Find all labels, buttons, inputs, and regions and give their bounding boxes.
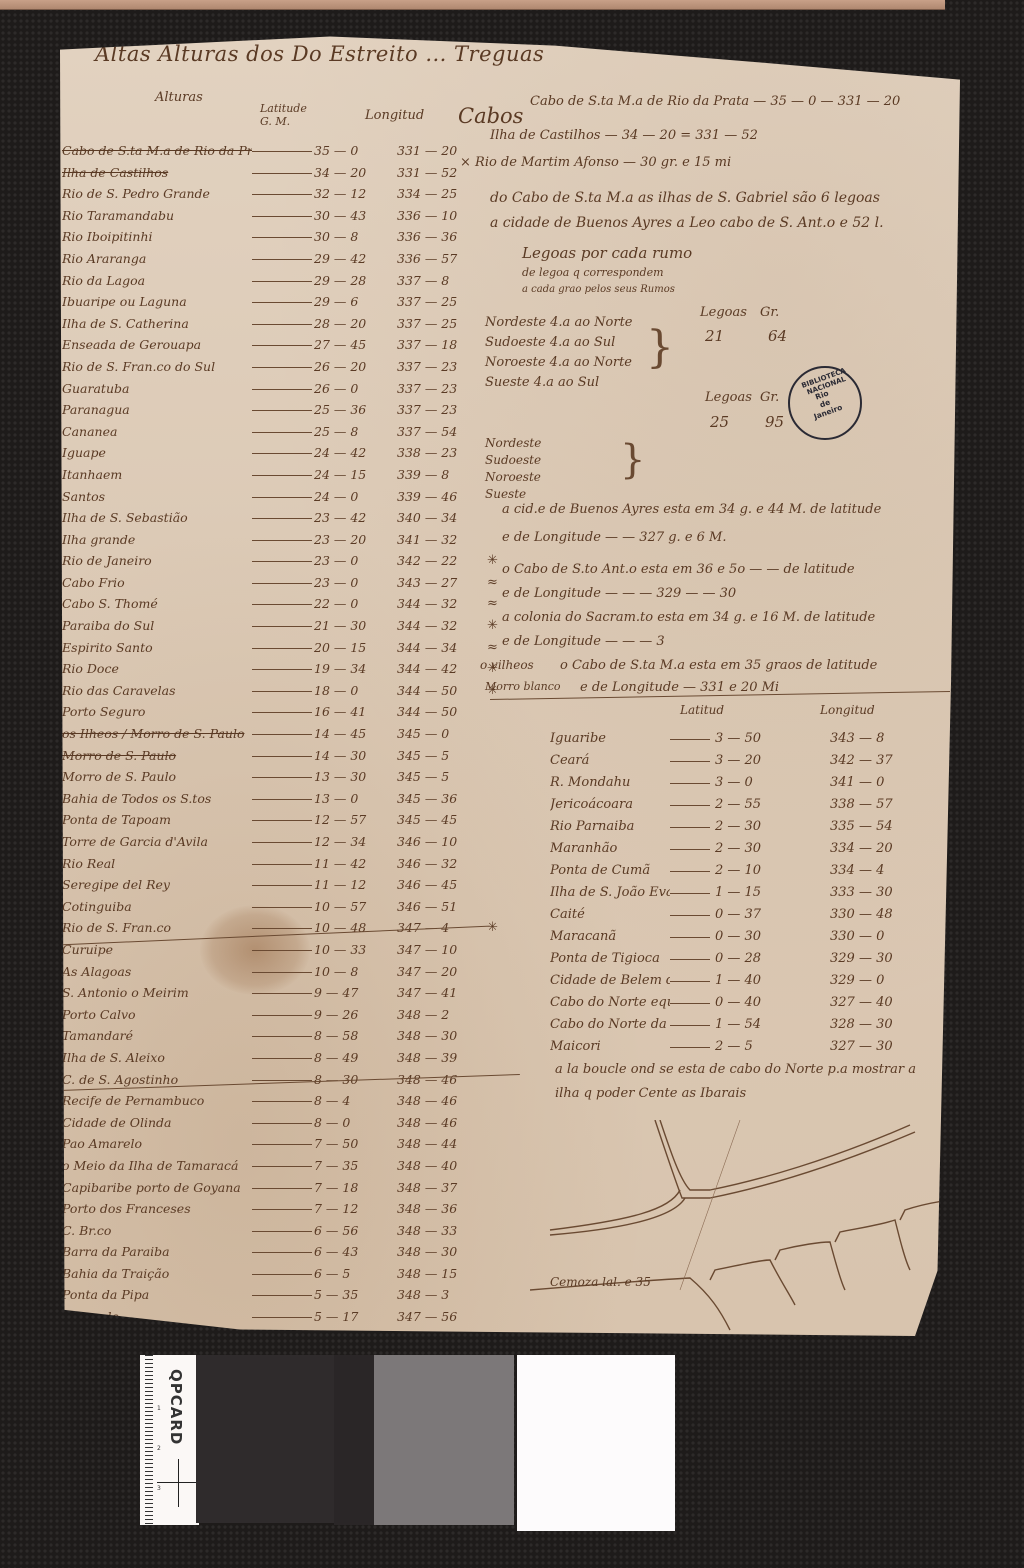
latitude-value: 10 — 57 — [314, 896, 394, 918]
table-row: Porto Calvo9 — 26348 — 2 — [62, 1004, 502, 1026]
latitude-value: 5 — 35 — [314, 1284, 394, 1306]
leader-line — [670, 959, 710, 960]
place-name: Barra da Paraiba — [62, 1241, 252, 1263]
leader-line — [252, 259, 312, 260]
place-name: Rio Iboipitinhi — [62, 226, 252, 248]
latitude-value: 18 — 0 — [314, 680, 394, 702]
coastline-sketch — [530, 1120, 950, 1360]
table-row: Caité0 — 37330 — 48 — [550, 904, 930, 926]
table-row: Itanhaem24 — 15339 — 8 — [62, 464, 502, 486]
longitude-value: 347 — 41 — [397, 982, 487, 1004]
brace: } — [646, 313, 674, 383]
place-name: Caité — [550, 904, 670, 926]
longitude-value: 337 — 25 — [397, 291, 487, 313]
latitude-value: 6 — 5 — [314, 1263, 394, 1285]
table-row: Ilha de S. Aleixo8 — 49348 — 39 — [62, 1047, 502, 1069]
table-row: Rio Taramandabu30 — 43336 — 10 — [62, 205, 502, 227]
latitude-value: 2 — 30 — [715, 816, 825, 838]
place-name: Rio Araranga — [62, 248, 252, 270]
leader-line — [252, 151, 312, 152]
longitude-value: 346 — 32 — [397, 853, 487, 875]
table-row: Paraiba do Sul21 — 30344 — 32✳ — [62, 615, 502, 637]
table-row: Capibaribe porto de Goyana7 — 18348 — 37 — [62, 1177, 502, 1199]
table-row: Ponta da Pipa5 — 35348 — 3 — [62, 1284, 502, 1306]
leader-line — [252, 842, 312, 843]
ruler-number: 2 — [157, 1445, 161, 1452]
latitude-value: 14 — 30 — [314, 745, 394, 767]
table-row: Rio gr.de5 — 17347 — 56 — [62, 1306, 502, 1328]
longitude-value: 335 — 54 — [830, 816, 930, 838]
leader-line — [252, 864, 312, 865]
longitude-value: 347 — 10 — [397, 939, 487, 961]
place-name: Ponta de Tapoam — [62, 809, 252, 831]
note-line: a cidade de Buenos Ayres a Leo cabo de S… — [490, 215, 884, 231]
longitude-value: 348 — 46 — [397, 1069, 487, 1091]
paragraph-line: o Cabo de S.ta M.a esta em 35 graos de l… — [560, 658, 877, 673]
leader-line — [252, 583, 312, 584]
leader-line — [670, 805, 710, 806]
place-name: Santos — [62, 486, 252, 508]
place-name: Porto dos Franceses — [62, 1198, 252, 1220]
directions-group-2: Nordeste Sudoeste Noroeste Sueste — [485, 435, 541, 503]
table-row: Iguaribe3 — 50343 — 8 — [550, 728, 930, 750]
latitude-value: 10 — 33 — [314, 939, 394, 961]
place-name: Cananea — [62, 421, 252, 443]
latitude-value: 7 — 12 — [314, 1198, 394, 1220]
latitude-value: 10 — 48 — [314, 917, 394, 939]
white-patch — [517, 1355, 675, 1531]
place-name: Rio Real — [62, 853, 252, 875]
latitude-value: 2 — 10 — [715, 860, 825, 882]
latitude-value: 5 — 17 — [314, 1306, 394, 1328]
table-row: Guaratuba26 — 0337 — 23 — [62, 378, 502, 400]
leader-line — [252, 734, 312, 735]
longitude-value: 346 — 51 — [397, 896, 487, 918]
table-row: Rio Real11 — 42346 — 32 — [62, 853, 502, 875]
table-row: Morro de S. Paulo13 — 30345 — 5 — [62, 766, 502, 788]
latitude-value: 28 — 20 — [314, 313, 394, 335]
latitude-value: 8 — 4 — [314, 1090, 394, 1112]
place-name: Cidade de Olinda — [62, 1112, 252, 1134]
table-row: Cotinguiba10 — 57346 — 51 — [62, 896, 502, 918]
latitude-value: 25 — 8 — [314, 421, 394, 443]
latitude-value: 16 — 41 — [314, 701, 394, 723]
latitude-value: 22 — 0 — [314, 593, 394, 615]
place-name: o Meio da Ilha de Tamaracá — [62, 1155, 252, 1177]
crosshair-icon — [157, 1482, 197, 1483]
leader-line — [252, 1123, 312, 1124]
latitude-value: 9 — 26 — [314, 1004, 394, 1026]
direction-label: Nordeste 4.a ao Norte — [485, 313, 632, 333]
footnote: a la boucle ond se esta de cabo do Norte… — [555, 1058, 935, 1106]
leader-line — [670, 827, 710, 828]
leader-line — [252, 302, 312, 303]
table-row: Jericoácoara2 — 55338 — 57 — [550, 794, 930, 816]
longitude-value: 343 — 27 — [397, 572, 487, 594]
table-row: Maracanã0 — 30330 — 0 — [550, 926, 930, 948]
latitude-value: 25 — 36 — [314, 399, 394, 421]
latitude-value: 19 — 34 — [314, 658, 394, 680]
place-name: Maracanã — [550, 926, 670, 948]
longitude-value: 343 — 8 — [830, 728, 930, 750]
place-name: Jericoácoara — [550, 794, 670, 816]
table-row: Cabo Frio23 — 0343 — 27≈ — [62, 572, 502, 594]
leader-line — [252, 712, 312, 713]
leader-line — [252, 1252, 312, 1253]
longitude-value: 341 — 32 — [397, 529, 487, 551]
leader-line — [252, 691, 312, 692]
table-row: Cananea25 — 8337 — 54 — [62, 421, 502, 443]
table-row: Recife de Pernambuco8 — 4348 — 46 — [62, 1090, 502, 1112]
table-row: Ilha de S. Catherina28 — 20337 — 25 — [62, 313, 502, 335]
col-header-latitude: Latitud — [680, 703, 724, 717]
place-name: Tamandaré — [62, 1025, 252, 1047]
longitude-value: 348 — 44 — [397, 1133, 487, 1155]
place-name: Iguaribe — [550, 728, 670, 750]
note-line: Cabo de S.ta M.a de Rio da Prata — 35 — … — [530, 94, 900, 109]
direction-label: Sudoeste — [485, 452, 541, 469]
table-row: Rio Iboipitinhi30 — 8336 — 36 — [62, 226, 502, 248]
table-row: Bahia de Todos os S.tos13 — 0345 — 36 — [62, 788, 502, 810]
table-row: Torre de Garcia d'Avila12 — 34346 — 10 — [62, 831, 502, 853]
latitude-value: 24 — 15 — [314, 464, 394, 486]
leader-line — [670, 981, 710, 982]
leader-line — [252, 367, 312, 368]
place-name: Maranhão — [550, 838, 670, 860]
place-name: Porto Calvo — [62, 1004, 252, 1026]
place-name: Rio gr.de — [62, 1306, 252, 1328]
table-row: Rio das Caravelas18 — 0344 — 50✳ — [62, 680, 502, 702]
graos-value: 95 — [765, 413, 784, 431]
longitude-value: 334 — 25 — [397, 183, 487, 205]
table-row: Cabo do Norte equinocial0 — 40327 — 40 — [550, 992, 930, 1014]
longitude-value: 337 — 25 — [397, 313, 487, 335]
table-row: Ibuaripe ou Laguna29 — 6337 — 25 — [62, 291, 502, 313]
library-stamp: BIBLIOTECA NACIONAL Rio de Janeiro — [788, 366, 862, 440]
place-name: Ibuaripe ou Laguna — [62, 291, 252, 313]
place-name: Paranagua — [62, 399, 252, 421]
leader-line — [252, 885, 312, 886]
leader-line — [670, 739, 710, 740]
table-row: C. Br.co6 — 56348 — 33 — [62, 1220, 502, 1242]
paragraph-line: o Cabo de S.to Ant.o esta em 36 e 5o — —… — [502, 562, 855, 577]
latitude-value: 0 — 37 — [715, 904, 825, 926]
table-row: Ponta de Cumã2 — 10334 — 4 — [550, 860, 930, 882]
longitude-value: 341 — 0 — [830, 772, 930, 794]
place-name: Espirito Santo — [62, 637, 252, 659]
latitude-value: 23 — 42 — [314, 507, 394, 529]
table-row: Santos24 — 0339 — 46 — [62, 486, 502, 508]
latitude-value: 8 — 0 — [314, 1112, 394, 1134]
place-name: Ponta de Tigioca — [550, 948, 670, 970]
table-row: o Meio da Ilha de Tamaracá7 — 35348 — 40 — [62, 1155, 502, 1177]
longitude-value: 348 — 39 — [397, 1047, 487, 1069]
longitude-value: 344 — 34 — [397, 637, 487, 659]
leader-line — [670, 915, 710, 916]
table-row: Cabo do Norte da Guiana1 — 54328 — 30 — [550, 1014, 930, 1036]
table-row: Rio de Janeiro23 — 0342 — 22✳ — [62, 550, 502, 572]
col-header-longitude: Longitud — [365, 108, 424, 123]
graos-value: 64 — [768, 327, 787, 345]
latitude-value: 2 — 30 — [715, 838, 825, 860]
leader-line — [252, 345, 312, 346]
latitude-value: 24 — 42 — [314, 442, 394, 464]
latitude-value: 1 — 54 — [715, 1014, 825, 1036]
color-calibration-card: QPCARD 1 2 3 — [140, 1355, 728, 1533]
longitude-value: 344 — 50 — [397, 701, 487, 723]
latitude-value: 3 — 20 — [715, 750, 825, 772]
latitude-value: 2 — 55 — [715, 794, 825, 816]
longitude-value: 340 — 34 — [397, 507, 487, 529]
card-brand: QPCARD — [167, 1369, 185, 1445]
latitude-value: 3 — 0 — [715, 772, 825, 794]
place-name: Rio Taramandabu — [62, 205, 252, 227]
latitude-value: 1 — 15 — [715, 882, 825, 904]
latitude-value: 20 — 15 — [314, 637, 394, 659]
adjacent-page-edge — [0, 0, 945, 10]
longitude-value: 348 — 15 — [397, 1263, 487, 1285]
place-name: Cidade de Belem do Pará — [550, 970, 670, 992]
latitude-value: 23 — 20 — [314, 529, 394, 551]
crosshair-icon — [178, 1459, 179, 1507]
longitude-value: 339 — 8 — [397, 464, 487, 486]
place-name: Ponta de Cumã — [550, 860, 670, 882]
table-row: R. Mondahu3 — 0341 — 0 — [550, 772, 930, 794]
latitude-value: 2 — 5 — [715, 1036, 825, 1058]
note-line: Ilha de Castilhos — 34 — 20 = 331 — 52 — [490, 128, 758, 143]
longitude-value: 337 — 18 — [397, 334, 487, 356]
longitude-value: 344 — 32 — [397, 593, 487, 615]
leader-line — [252, 518, 312, 519]
latitude-value: 21 — 30 — [314, 615, 394, 637]
place-name: C. Br.co — [62, 1220, 252, 1242]
longitude-value: 347 — 56 — [397, 1306, 487, 1328]
place-name: Ceará — [550, 750, 670, 772]
leader-line — [252, 993, 312, 994]
latitude-value: 3 — 50 — [715, 728, 825, 750]
longitude-value: 348 — 36 — [397, 1198, 487, 1220]
leader-line — [252, 540, 312, 541]
cabos-heading: Cabos — [458, 104, 523, 128]
longitude-value: 347 — 45 — [397, 1328, 487, 1350]
place-name: Rio da Lagoa — [62, 270, 252, 292]
table-row: Maicori2 — 5327 — 30 — [550, 1036, 930, 1058]
leader-line — [252, 389, 312, 390]
longitude-value: 337 — 23 — [397, 356, 487, 378]
longitude-value: 348 — 30 — [397, 1241, 487, 1263]
place-name: Rio de S. Fran.co — [62, 917, 252, 939]
longitude-value: 347 — 20 — [397, 961, 487, 983]
longitude-value: 348 — 37 — [397, 1177, 487, 1199]
manuscript-page: Altas Alturas dos Do Estreito ... Tregua… — [60, 30, 960, 1336]
legoas-value: 25 — [710, 413, 729, 431]
latitude-value: 7 — 18 — [314, 1177, 394, 1199]
place-name: As Alagoas — [62, 961, 252, 983]
place-name: Cabo Frio — [62, 572, 252, 594]
marginal-symbol-icon: ✳ — [487, 615, 498, 637]
latitude-value: 27 — 45 — [314, 334, 394, 356]
place-name: Recife de Pernambuco — [62, 1090, 252, 1112]
place-name: Ilha grande — [62, 529, 252, 551]
leader-line — [252, 799, 312, 800]
table-row: Cidade de Olinda8 — 0348 — 46 — [62, 1112, 502, 1134]
leader-line — [252, 1339, 312, 1340]
leader-line — [252, 237, 312, 238]
direction-label: Noroeste — [485, 469, 541, 486]
latitude-value: 0 — 40 — [715, 992, 825, 1014]
longitude-value: 334 — 20 — [830, 838, 930, 860]
latitude-value: 6 — 43 — [314, 1241, 394, 1263]
latitude-value: 34 — 20 — [314, 162, 394, 184]
leader-line — [252, 1209, 312, 1210]
place-name: Ponta da Pipa — [62, 1284, 252, 1306]
leagues-heading: Legoas por cada rumo — [522, 244, 692, 262]
place-name: C. de S. Roque — [62, 1328, 252, 1350]
leader-line — [252, 1274, 312, 1275]
longitude-value: 342 — 37 — [830, 750, 930, 772]
latitude-value: 13 — 0 — [314, 788, 394, 810]
latitude-value: 26 — 20 — [314, 356, 394, 378]
graos-label: Gr. — [760, 390, 779, 405]
paragraph-line: e de Longitude — — — 329 — — 30 — [502, 586, 736, 601]
longitude-value: 337 — 23 — [397, 399, 487, 421]
place-name: Seregipe del Rey — [62, 874, 252, 896]
leagues-subheading: a cada grao pelos seus Rumos — [522, 284, 675, 295]
longitude-value: 346 — 10 — [397, 831, 487, 853]
place-name: Bahia da Traição — [62, 1263, 252, 1285]
place-name: Porto Seguro — [62, 701, 252, 723]
leader-line — [252, 1166, 312, 1167]
longitude-value: 348 — 2 — [397, 1004, 487, 1026]
longitude-value: 346 — 45 — [397, 874, 487, 896]
longitude-value: 334 — 4 — [830, 860, 930, 882]
leader-line — [670, 1003, 710, 1004]
place-name: Pao Amarelo — [62, 1133, 252, 1155]
leader-line — [252, 1188, 312, 1189]
longitude-value: 344 — 50 — [397, 680, 487, 702]
place-name: Torre de Garcia d'Avila — [62, 831, 252, 853]
leader-line — [252, 1231, 312, 1232]
place-name: Rio Parnaiba — [550, 816, 670, 838]
table-row: Iguape24 — 42338 — 23 — [62, 442, 502, 464]
longitude-value: 328 — 30 — [830, 1014, 930, 1036]
table-row: Rio Doce19 — 34344 — 42✳ — [62, 658, 502, 680]
leader-line — [252, 173, 312, 174]
place-name: Itanhaem — [62, 464, 252, 486]
leader-line — [252, 1036, 312, 1037]
leader-line — [252, 907, 312, 908]
margin-note: Morro blanco — [485, 680, 561, 693]
longitude-value: 342 — 22 — [397, 550, 487, 572]
leader-line — [252, 561, 312, 562]
place-name: os Ilheos / Morro de S. Paulo — [62, 723, 252, 745]
longitude-value: 348 — 40 — [397, 1155, 487, 1177]
place-name: Bahia de Todos os S.tos — [62, 788, 252, 810]
table-row: Tamandaré8 — 58348 — 30 — [62, 1025, 502, 1047]
place-name: Rio Doce — [62, 658, 252, 680]
latitude-value: 0 — 28 — [715, 948, 825, 970]
place-name: Rio de Janeiro — [62, 550, 252, 572]
leader-line — [252, 669, 312, 670]
place-name: Cabo do Norte equinocial — [550, 992, 670, 1014]
table-row: Seregipe del Rey11 — 12346 — 45 — [62, 874, 502, 896]
latitude-value: 30 — 8 — [314, 226, 394, 248]
leader-line — [670, 849, 710, 850]
table-row: Ilha grande23 — 20341 — 32 — [62, 529, 502, 551]
place-name: S. Antonio o Meirim — [62, 982, 252, 1004]
longitude-value: 336 — 10 — [397, 205, 487, 227]
latitude-value: 7 — 50 — [314, 1133, 394, 1155]
longitude-value: 333 — 30 — [830, 882, 930, 904]
longitude-value: 345 — 0 — [397, 723, 487, 745]
leader-line — [252, 410, 312, 411]
latitude-value: 8 — 49 — [314, 1047, 394, 1069]
place-name: Cotinguiba — [62, 896, 252, 918]
longitude-value: 329 — 0 — [830, 970, 930, 992]
left-coordinates-table: Cabo de S.ta M.a de Rio da Prata35 — 033… — [62, 140, 502, 1479]
longitude-value: 337 — 8 — [397, 270, 487, 292]
latitude-value: 7 — 35 — [314, 1155, 394, 1177]
leader-line — [670, 1047, 710, 1048]
table-row: Porto Seguro16 — 41344 — 50 — [62, 701, 502, 723]
note-line: × Rio de Martim Afonso — 30 gr. e 15 mi — [460, 155, 731, 170]
table-row: Ilha de Castilhos34 — 20331 — 52 — [62, 162, 502, 184]
longitude-value: 348 — 46 — [397, 1090, 487, 1112]
table-row: Ceará3 — 20342 — 37 — [550, 750, 930, 772]
paragraph-line: e de Longitude — 331 e 20 Mi — [580, 680, 779, 695]
latitude-value: 26 — 0 — [314, 378, 394, 400]
right-coordinates-table: Iguaribe3 — 50343 — 8Ceará3 — 20342 — 37… — [550, 728, 930, 1058]
table-row: Cabo S. Thomé22 — 0344 — 32≈ — [62, 593, 502, 615]
margin-note: o vilheos — [480, 658, 534, 672]
paragraph-line: e de Longitude — — 327 g. e 6 M. — [502, 530, 727, 545]
map-annotation: Cemoza lal. e 35 — [550, 1275, 651, 1289]
paragraph-line: a colonia do Sacram.to esta em 34 g. e 1… — [502, 610, 875, 625]
longitude-value: 348 — 33 — [397, 1220, 487, 1242]
latitude-value: 9 — 47 — [314, 982, 394, 1004]
marginal-symbol-icon: ≈ — [487, 593, 498, 615]
place-name: Morro de S. Paulo — [62, 745, 252, 767]
place-name: Maicori — [550, 1036, 670, 1058]
place-name: Ilha de Castilhos — [62, 162, 252, 184]
place-name: Paraiba do Sul — [62, 615, 252, 637]
table-row: Porto dos Franceses7 — 12348 — 36 — [62, 1198, 502, 1220]
place-name: R. Mondahu — [550, 772, 670, 794]
table-row: As Alagoas10 — 8347 — 20 — [62, 961, 502, 983]
place-name: Guaratuba — [62, 378, 252, 400]
place-name: Enseada de Gerouapa — [62, 334, 252, 356]
longitude-value: 330 — 48 — [830, 904, 930, 926]
leader-line — [252, 972, 312, 973]
latitude-value: 30 — 43 — [314, 205, 394, 227]
latitude-value: 6 — 56 — [314, 1220, 394, 1242]
paragraph-line: e de Longitude — — — 3 — [502, 634, 665, 649]
place-name: Rio das Caravelas — [62, 680, 252, 702]
place-name: Capibaribe porto de Goyana — [62, 1177, 252, 1199]
leader-line — [252, 216, 312, 217]
leader-line — [252, 324, 312, 325]
leagues-subheading: de legoa q correspondem — [522, 266, 664, 279]
table-row: Cidade de Belem do Pará1 — 40329 — 0 — [550, 970, 930, 992]
longitude-value: 336 — 57 — [397, 248, 487, 270]
leader-line — [252, 1080, 312, 1081]
place-name: Rio de S. Fran.co do Sul — [62, 356, 252, 378]
leader-line — [670, 1025, 710, 1026]
direction-label: Nordeste — [485, 435, 541, 452]
table-row: Enseada de Gerouapa27 — 45337 — 18 — [62, 334, 502, 356]
latitude-value: 29 — 28 — [314, 270, 394, 292]
table-row: Ilha de S. Sebastião23 — 42340 — 34 — [62, 507, 502, 529]
